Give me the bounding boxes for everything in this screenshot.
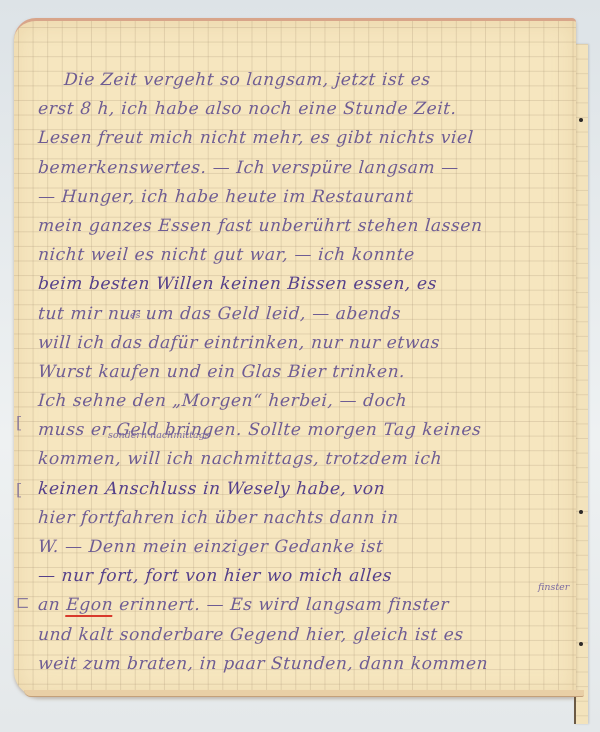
interlinear-insertion: sondern nachmittags: [108, 430, 210, 441]
text-line: Lesen freut mich nicht mehr, es gibt nic…: [37, 124, 569, 153]
text-line: nicht weil es nicht gut war, — ich konnt…: [37, 241, 569, 270]
text-line: hier fortfahren ich über nachts dann in: [37, 504, 569, 533]
interlinear-insertion: es: [130, 310, 141, 321]
text-line: tut mir nur um das Geld leid, — abends: [37, 300, 569, 329]
text-line: beim besten Willen keinen Bissen essen, …: [37, 270, 569, 299]
text-line: — Hunger, ich habe heute im Restaurant: [37, 183, 569, 212]
handwritten-text: Die Zeit vergeht so langsam, jetzt ist e…: [38, 66, 568, 679]
text-line: will ich das dafür eintrinken, nur nur e…: [37, 329, 569, 358]
margin-bracket-mark: [: [16, 413, 22, 432]
binding-stitch-dot: [579, 642, 583, 646]
notebook: [ [ ⊏ Die Zeit vergeht so langsam, jetzt…: [14, 18, 586, 714]
text-line: W. — Denn mein einziger Gedanke ist: [37, 533, 569, 562]
text-line: mein ganzes Essen fast unberührt stehen …: [37, 212, 569, 241]
text-line: an Egon erinnert. — Es wird langsam fins…: [37, 591, 569, 620]
text-line: keinen Anschluss in Wesely habe, von: [37, 475, 569, 504]
binding-stitch-dot: [579, 510, 583, 514]
text-line: weit zum braten, in paar Stunden, dann k…: [37, 650, 569, 679]
binding-stitch-dot: [579, 118, 583, 122]
text-line: Die Zeit vergeht so langsam, jetzt ist e…: [37, 66, 569, 95]
margin-bracket-mark: [: [16, 480, 22, 499]
text-line: erst 8 h, ich habe also noch eine Stunde…: [37, 95, 569, 124]
text-line: Wurst kaufen und ein Glas Bier trinken.: [37, 358, 569, 387]
page-bottom-edge: [24, 690, 584, 697]
margin-triangle-mark: ⊏: [16, 593, 30, 612]
underlined-name: Egon: [65, 595, 113, 617]
interlinear-insertion: finster: [538, 582, 569, 593]
text-line: kommen, will ich nachmittags, trotzdem i…: [37, 445, 569, 474]
adjacent-page-edge: [574, 44, 588, 724]
text-line: Ich sehne den „Morgen“ herbei, — doch: [37, 387, 569, 416]
text-line: bemerkenswertes. — Ich verspüre langsam …: [37, 154, 569, 183]
text-line: — nur fort, fort von hier wo mich alles: [37, 562, 569, 591]
text-line: und kalt sonderbare Gegend hier, gleich …: [37, 621, 569, 650]
